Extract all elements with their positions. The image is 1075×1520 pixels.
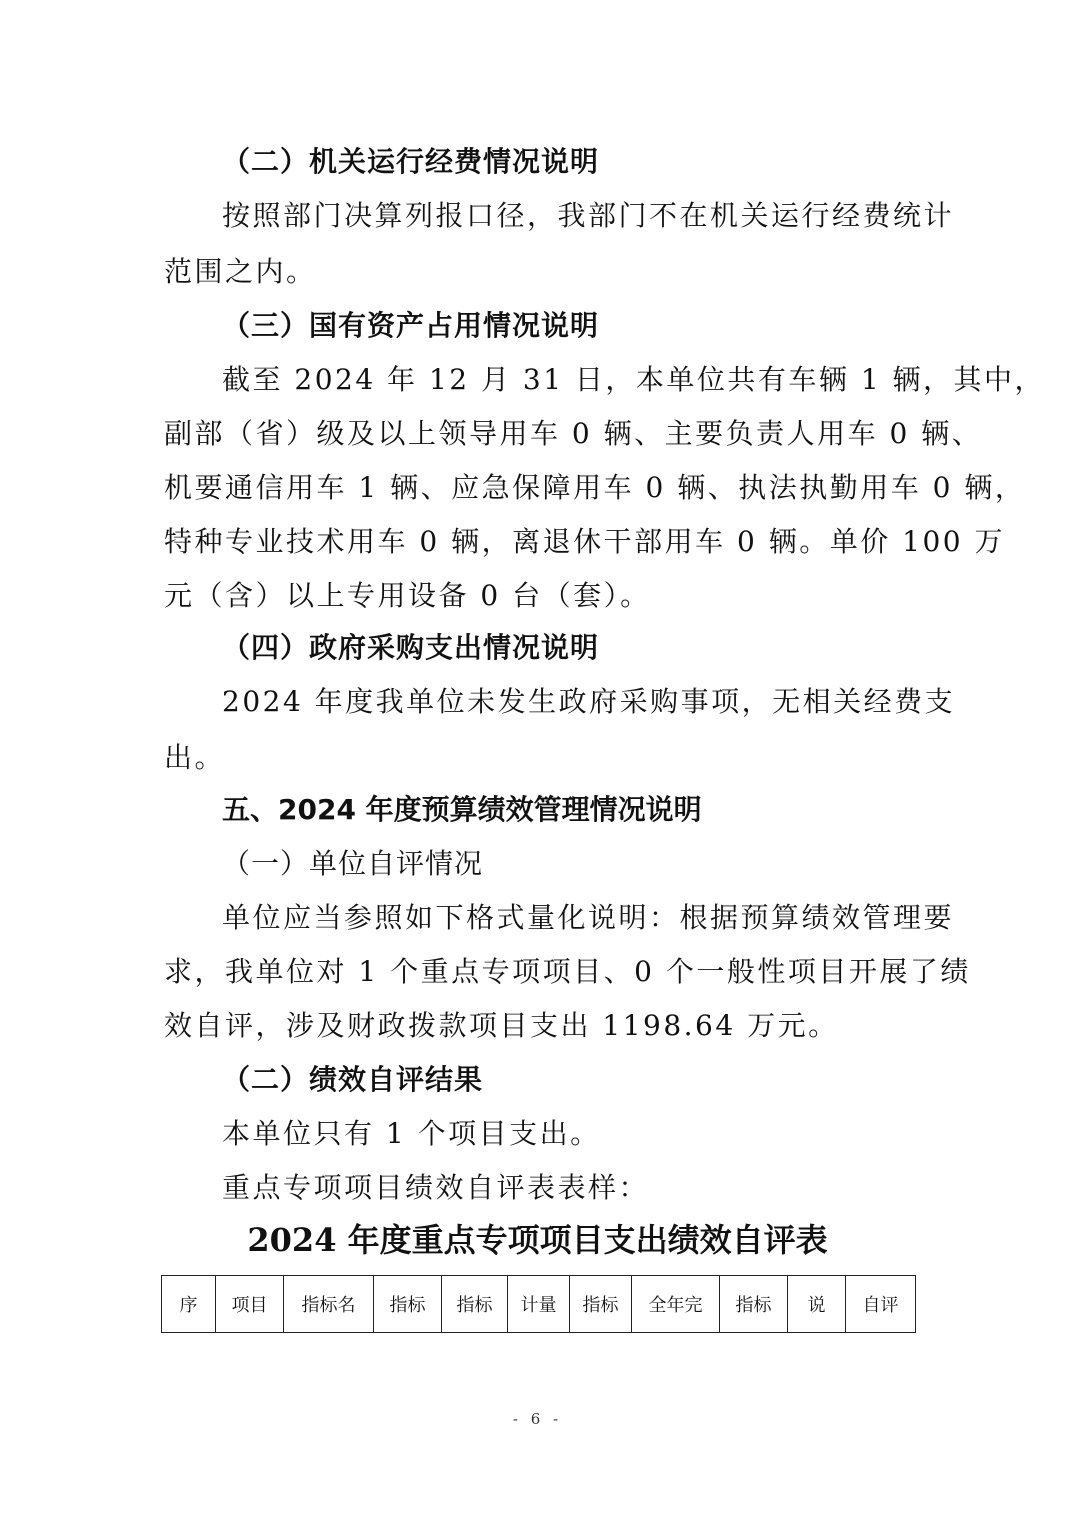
header-cell-indicator-name: 指标名: [284, 1276, 374, 1333]
part-heading-performance-management: 五、2024 年度预算绩效管理情况说明: [222, 790, 702, 830]
header-cell-project: 项目: [216, 1276, 284, 1333]
header-cell-unit: 计量: [508, 1276, 570, 1333]
header-cell-self-evaluation: 自评: [846, 1276, 916, 1333]
header-cell-indicator: 指标: [720, 1276, 788, 1333]
paragraph-line: 按照部门决算列报口径，我部门不在机关运行经费统计: [222, 196, 912, 236]
subsection-heading-self-evaluation: （一）单位自评情况: [222, 844, 483, 884]
header-cell-annual-completion: 全年完: [632, 1276, 720, 1333]
header-cell-explanation: 说: [788, 1276, 846, 1333]
section-heading-operating-expenses: （二）机关运行经费情况说明: [222, 142, 599, 182]
paragraph-line: 元（含）以上专用设备 0 台（套）。: [164, 576, 651, 616]
header-cell-indicator: 指标: [442, 1276, 508, 1333]
page-number: - 6 -: [0, 1410, 1075, 1428]
header-cell-index: 序: [162, 1276, 216, 1333]
section-heading-state-assets: （三）国有资产占用情况说明: [222, 306, 599, 346]
paragraph-line: 截至 2024 年 12 月 31 日，本单位共有车辆 1 辆，其中，: [222, 360, 912, 400]
header-cell-indicator: 指标: [374, 1276, 442, 1333]
table-title: 2024 年度重点专项项目支出绩效自评表: [0, 1218, 1075, 1262]
paragraph-line: 重点专项项目绩效自评表表样：: [222, 1168, 649, 1208]
paragraph-line: 特种专业技术用车 0 辆，离退休干部用车 0 辆。单价 100 万: [164, 522, 912, 562]
paragraph-line: 本单位只有 1 个项目支出。: [222, 1114, 601, 1154]
paragraph-line: 出。: [164, 738, 225, 778]
subsection-heading-self-evaluation-results: （二）绩效自评结果: [222, 1060, 483, 1100]
paragraph-line: 2024 年度我单位未发生政府采购事项，无相关经费支: [222, 682, 912, 722]
paragraph-line: 单位应当参照如下格式量化说明：根据预算绩效管理要: [222, 898, 912, 938]
paragraph-line: 范围之内。: [164, 252, 317, 292]
table-header-row: 序 项目 指标名 指标 指标 计量 指标 全年完 指标 说 自评: [162, 1276, 916, 1333]
paragraph-line: 效自评，涉及财政拨款项目支出 1198.64 万元。: [164, 1006, 839, 1046]
header-cell-indicator: 指标: [570, 1276, 632, 1333]
self-evaluation-table: 序 项目 指标名 指标 指标 计量 指标 全年完 指标 说 自评: [161, 1275, 916, 1333]
paragraph-line: 求，我单位对 1 个重点专项项目、0 个一般性项目开展了绩: [164, 952, 912, 992]
section-heading-procurement: （四）政府采购支出情况说明: [222, 628, 599, 668]
paragraph-line: 机要通信用车 1 辆、应急保障用车 0 辆、执法执勤用车 0 辆，: [164, 468, 912, 508]
paragraph-line: 副部（省）级及以上领导用车 0 辆、主要负责人用车 0 辆、: [164, 414, 912, 454]
